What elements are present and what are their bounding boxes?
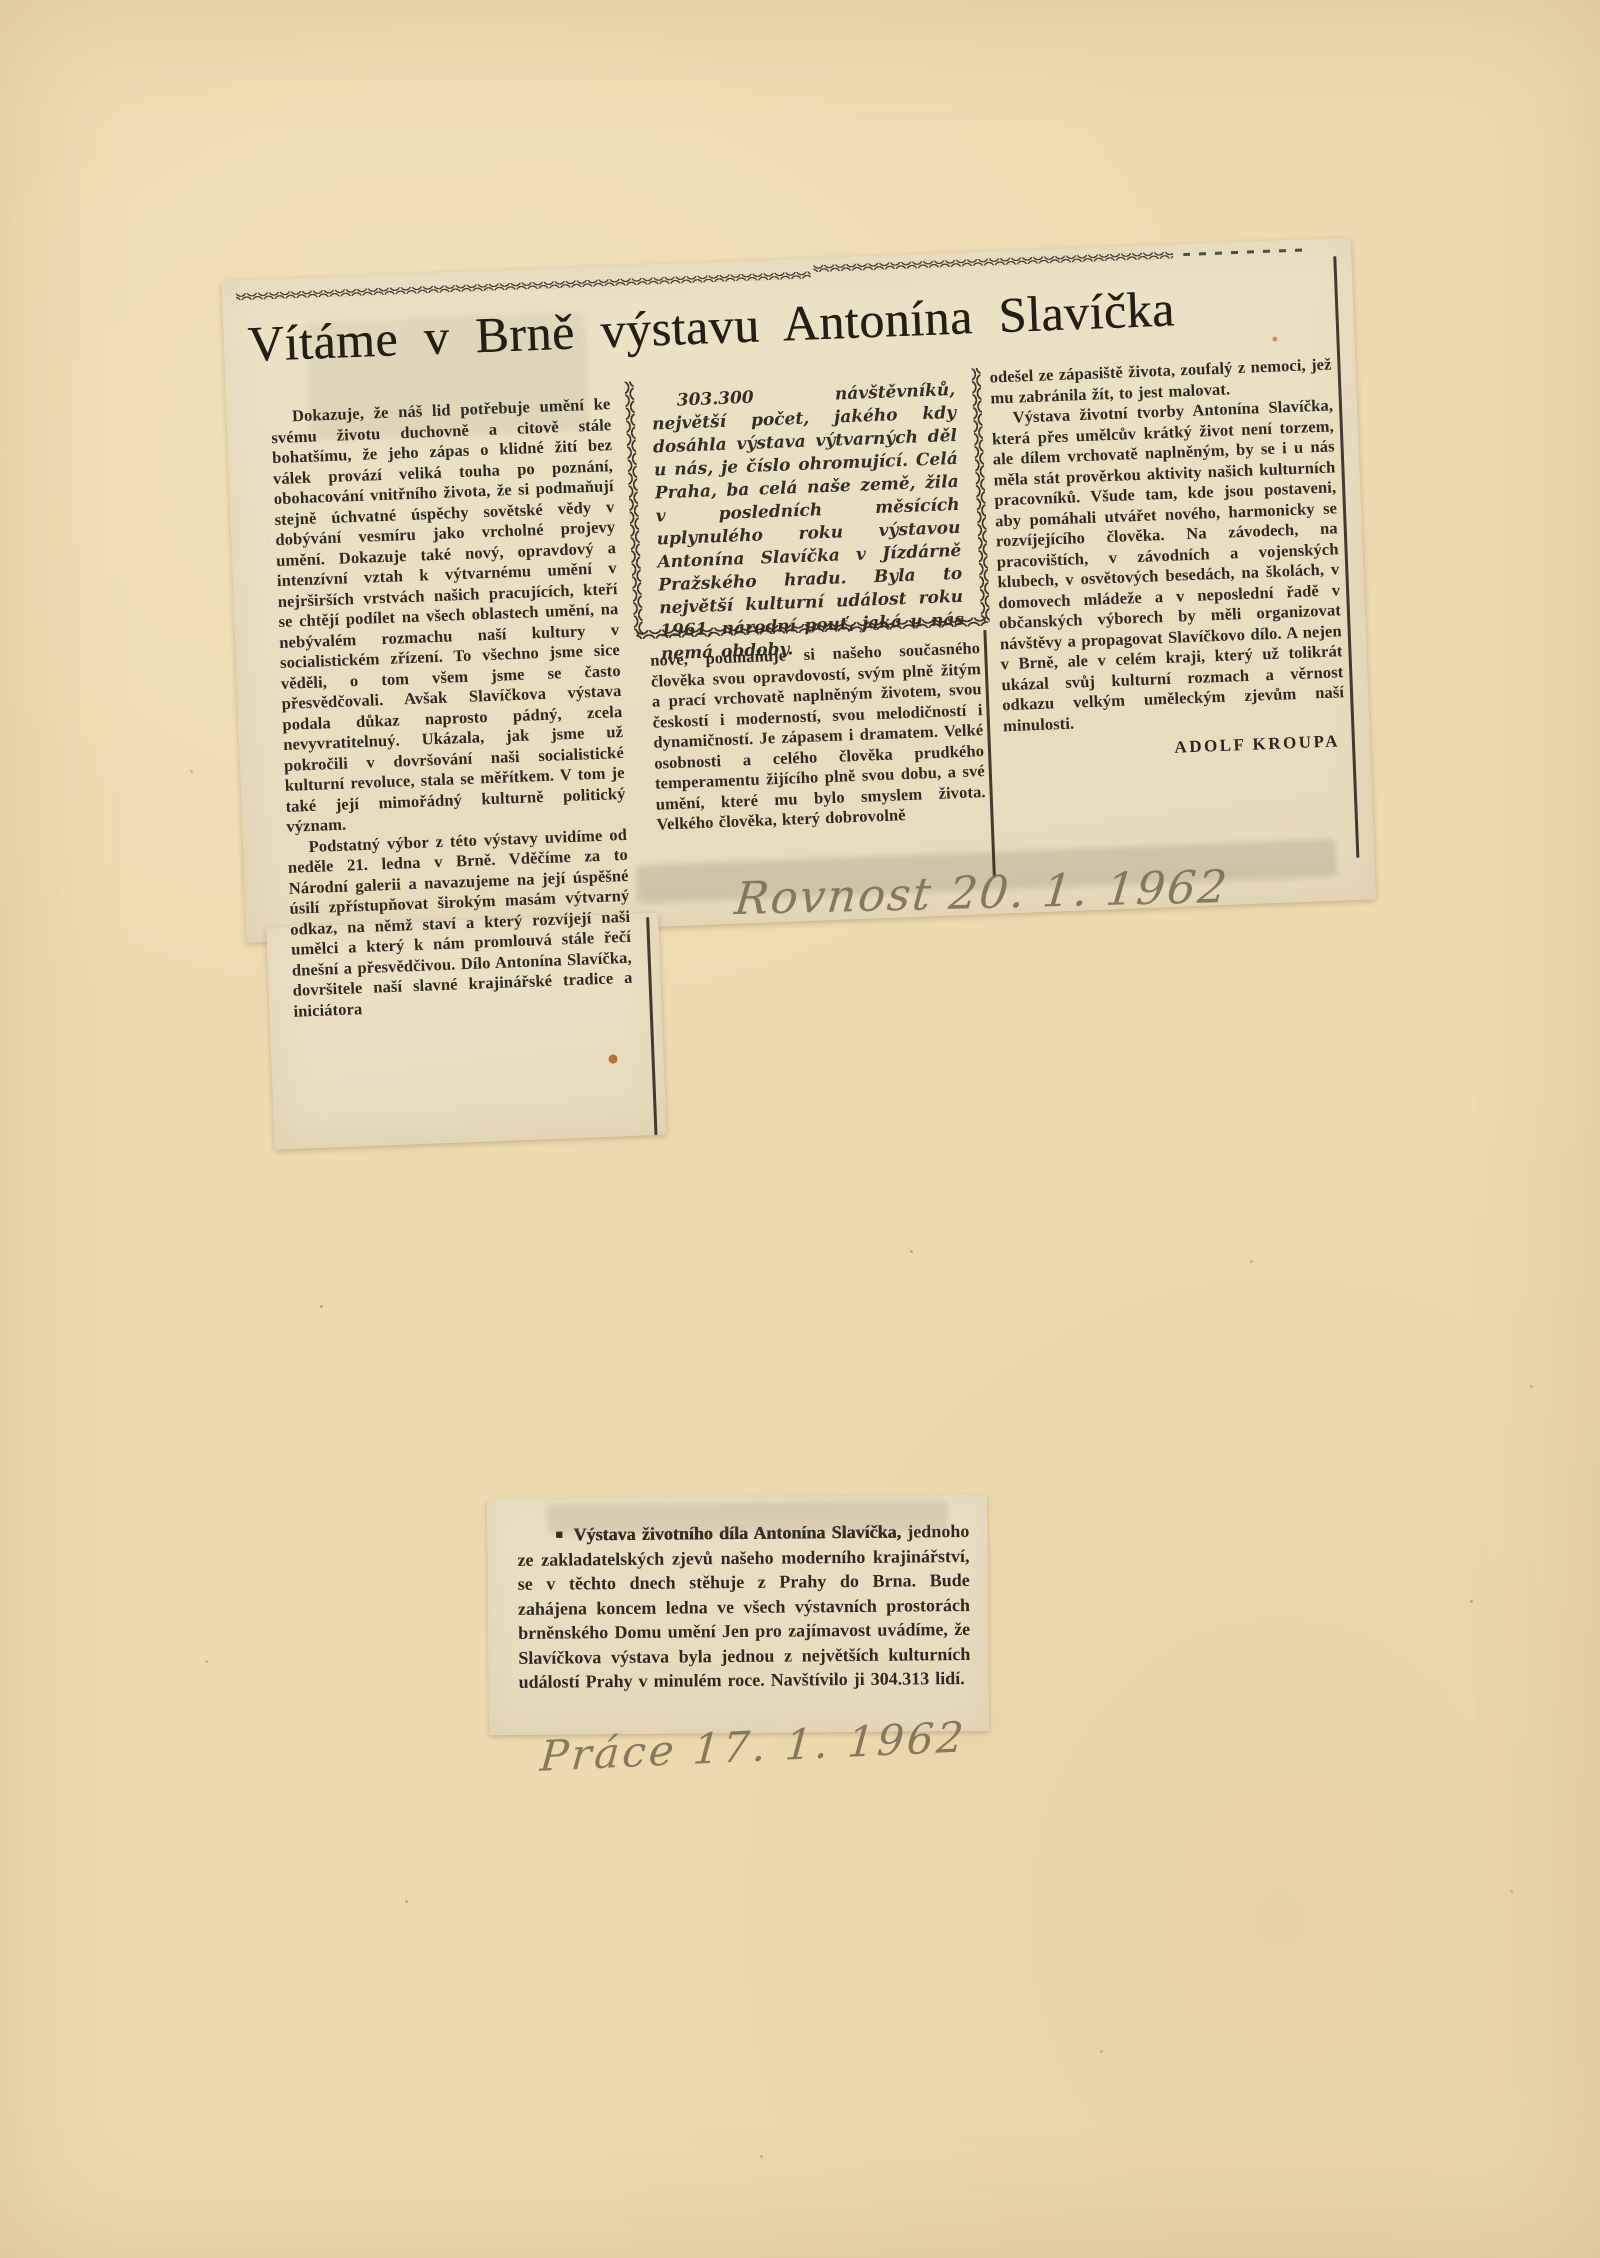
paragraph: Výstava životní tvorby Antonína Slavíčka…	[991, 395, 1345, 736]
paragraph: nové, podmaňuje si našeho současného člo…	[650, 638, 987, 835]
news-brief-text: ■Výstava životního díla Antonína Slavíčk…	[517, 1519, 970, 1694]
newspaper-clipping-main: Vítáme v Brně výstavu Antonína Slavíčka …	[183, 238, 1387, 1187]
newspaper-clipping-small: ■Výstava životního díla Antonína Slavíčk…	[487, 1495, 989, 1735]
column-1: Dokazuje, že náš lid potřebuje umění ke …	[270, 394, 633, 1022]
column-2-continued: nové, podmaňuje si našeho současného člo…	[650, 638, 987, 835]
boxed-note: 303.300 návštěvníků, největší počet, jak…	[625, 368, 991, 639]
scrapbook-page: Vítáme v Brně výstavu Antonína Slavíčka …	[0, 0, 1600, 2258]
ink-showthrough	[547, 1501, 947, 1534]
paragraph: Dokazuje, že náš lid potřebuje umění ke …	[270, 394, 626, 837]
paragraph: Podstatný výbor z této výstavy uvidíme o…	[287, 824, 634, 1021]
news-brief-body: jednoho ze zakladatelských zjevů našeho …	[517, 1521, 970, 1692]
column-3: odešel ze zápasiště života, zoufalý z ne…	[989, 354, 1346, 765]
